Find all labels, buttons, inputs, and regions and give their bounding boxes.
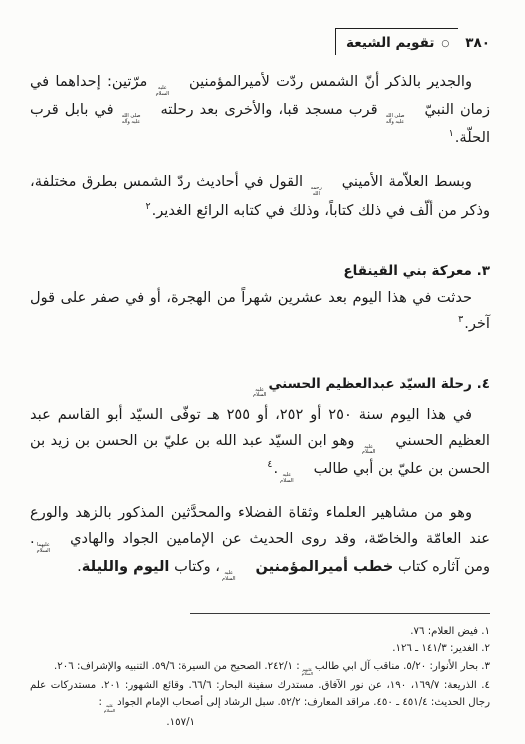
book-title-inline: خطب أميرالمؤمنين [255, 558, 393, 575]
paragraph-battle-date: حدثت في هذا اليوم بعد عشرين شهراً من اله… [30, 285, 490, 339]
footnotes-section: ١. فيض العلام: ٧٦. ٢. الغدير: ١٤١/٣ ـ ١٢… [30, 613, 490, 732]
honorific-mark-icon: صلى اللهعليه وآله [122, 114, 159, 125]
page-header: ٣٨٠ ○ تقويم الشيعة [30, 28, 490, 55]
section-heading-abdulazim-hasani: ٤. رحلة السيّد عبدالعظيم الحسنيعليهالسلا… [30, 373, 490, 399]
honorific-bottom: السلام [253, 393, 266, 399]
honorific-mark-icon: عليهالسلام [253, 388, 266, 399]
page-number: ٣٨٠ [465, 28, 490, 51]
honorific-mark-icon: عليهالسلام [222, 571, 253, 582]
honorific-bottom: السلام [156, 92, 187, 98]
honorific-bottom: عليه وآله [122, 120, 158, 126]
footnote-4: ٤. الذريعة: ١٦٩/٧، ١٩٠، عن نور الآفاق. م… [30, 677, 490, 714]
honorific-mark-icon: صلى اللهعليه وآله [386, 114, 423, 125]
honorific-bottom: السلام [222, 577, 253, 583]
header-ornament-circle-icon: ○ [441, 40, 449, 49]
header-title-box: ○ تقويم الشيعة [335, 28, 458, 55]
honorific-bottom: السلام [280, 479, 311, 485]
book-title-inline: اليوم والليلة [82, 558, 170, 575]
page-body: والجدير بالذكر أنّ الشمس ردّت لأميرالمؤم… [30, 69, 490, 583]
footnote-divider [190, 613, 490, 614]
paragraph-sun-returned: والجدير بالذكر أنّ الشمس ردّت لأميرالمؤم… [30, 69, 490, 153]
paragraph-abdulazim-death: في هذا اليوم سنة ٢٥٠ أو ٢٥٢، أو ٢٥٥ هـ ت… [30, 402, 490, 484]
book-page: ٣٨٠ ○ تقويم الشيعة والجدير بالذكر أنّ ال… [0, 0, 525, 744]
footnote-ref: ٢ [146, 201, 151, 212]
paragraph-abdulazim-status: وهو من مشاهير العلماء وثقاة الفضلاء والم… [30, 500, 490, 582]
honorific-mark-icon: عليهمالسلام [302, 668, 313, 677]
footnote-ref: ٣ [458, 314, 463, 325]
honorific-bottom: السلام [362, 450, 393, 456]
honorific-mark-icon: عليهماالسلام [37, 543, 68, 554]
footnote-3: ٣. بحار الأنوار: ٥/٢٠. مناقب آل ابي طالب… [30, 658, 490, 677]
honorific-mark-icon: رحمهالله [311, 186, 340, 197]
honorific-bottom: الله [313, 192, 338, 198]
footnote-2: ٢. الغدير: ١٤١/٣ ـ ١٢٦. [30, 640, 490, 658]
honorific-mark-icon: عليهالسلام [104, 704, 115, 713]
footnote-ref: ٤ [267, 459, 272, 470]
footnote-1: ١. فيض العلام: ٧٦. [30, 623, 490, 641]
honorific-mark-icon: عليهالسلام [156, 86, 187, 97]
paragraph-amini-ghadir: وبسط العلاّمة الأمينيرحمهالله القول في أ… [30, 169, 490, 225]
section-heading-battle-qaynuqa: ٣. معركة بني القينقاع [30, 260, 490, 282]
honorific-bottom: السلام [104, 709, 115, 714]
footnote-ref: ١ [449, 128, 454, 139]
honorific-bottom: السلام [37, 549, 68, 555]
honorific-mark-icon: عليهالسلام [280, 473, 311, 484]
honorific-bottom: عليه وآله [386, 120, 422, 126]
honorific-mark-icon: عليهالسلام [362, 445, 393, 456]
footnote-4-continued: ١٥٧/١. [30, 714, 195, 732]
book-title: تقويم الشيعة [346, 35, 434, 51]
